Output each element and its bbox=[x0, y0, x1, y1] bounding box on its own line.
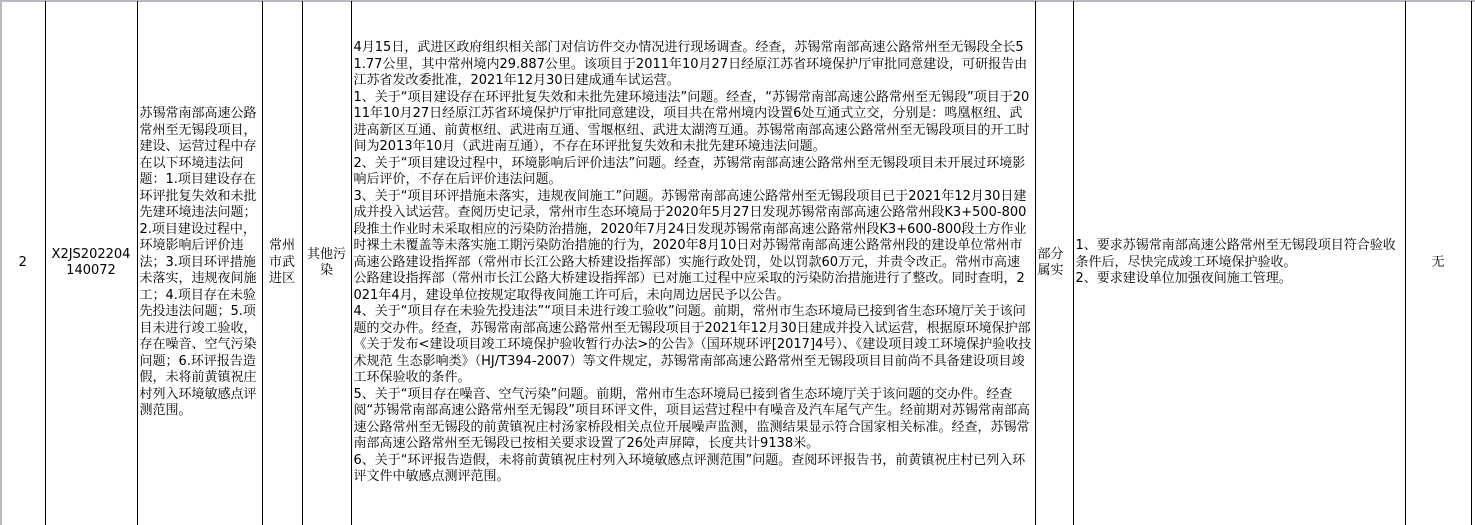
investigation-item-2: 2、关于“项目建设过程中，环境影响后评价违法”问题。经查，苏锡常南部高速公路常州… bbox=[354, 156, 1033, 189]
district-cell[interactable]: 常州市武进区 bbox=[262, 1, 302, 525]
row-index-cell[interactable]: 2 bbox=[1, 1, 45, 525]
case-id-cell[interactable]: X2JS202204140072 bbox=[45, 1, 137, 525]
complaint-table: 2 X2JS202204140072 苏锡常南部高速公路常州至无锡段项目，建设、… bbox=[1, 1, 1472, 525]
case-id: X2JS202204140072 bbox=[52, 247, 131, 279]
accountability-cell[interactable]: 无 bbox=[1405, 1, 1471, 525]
investigation-item-6: 6、关于“环评报告造假，未将前黄镇祝庄村列入环境敏感点评测范围”问题。查阅环评报… bbox=[354, 453, 1033, 486]
pollution-type: 其他污染 bbox=[307, 247, 346, 279]
pollution-type-cell[interactable]: 其他污染 bbox=[302, 1, 351, 525]
table-row: 2 X2JS202204140072 苏锡常南部高速公路常州至无锡段项目，建设、… bbox=[1, 1, 1471, 525]
handling-item-2: 2、要求建设单位加强夜间施工管理。 bbox=[1076, 271, 1403, 288]
verdict-cell[interactable]: 部分属实 bbox=[1035, 1, 1073, 525]
investigation-item-5: 5、关于“项目存在噪音、空气污染”问题。前期，常州市生态环境局已接到省生态环境厅… bbox=[354, 387, 1033, 453]
investigation-item-4: 4、关于“项目存在未验先投违法”“项目未进行竣工验收”问题。前期，常州市生态环境… bbox=[354, 304, 1033, 387]
row-index: 2 bbox=[19, 255, 27, 270]
investigation-intro: 4月15日，武进区政府组织相关部门对信访件交办情况进行现场调查。经查，苏锡常南部… bbox=[354, 40, 1033, 90]
accountability: 无 bbox=[1431, 255, 1444, 270]
handling-cell[interactable]: 1、要求苏锡常南部高速公路常州至无锡段项目符合验收条件后，尽快完成竣工环境保护验… bbox=[1073, 1, 1405, 525]
verdict: 部分属实 bbox=[1038, 247, 1064, 279]
complaint-summary-cell[interactable]: 苏锡常南部高速公路常州至无锡段项目，建设、运营过程中存在以下环境违法问题：1.项… bbox=[137, 1, 262, 525]
investigation-cell[interactable]: 4月15日，武进区政府组织相关部门对信访件交办情况进行现场调查。经查，苏锡常南部… bbox=[351, 1, 1035, 525]
investigation-item-1: 1、关于“项目建设存在环评批复失效和未批先建环境违法”问题。经查，“苏锡常南部高… bbox=[354, 90, 1033, 156]
investigation-item-3: 3、关于“项目环评措施未落实，违规夜间施工”问题。苏锡常南部高速公路常州至无锡段… bbox=[354, 189, 1033, 305]
complaint-summary: 苏锡常南部高速公路常州至无锡段项目，建设、运营过程中存在以下环境违法问题：1.项… bbox=[140, 106, 257, 418]
district: 常州市武进区 bbox=[269, 238, 295, 286]
handling-item-1: 1、要求苏锡常南部高速公路常州至无锡段项目符合验收条件后，尽快完成竣工环境保护验… bbox=[1076, 238, 1403, 271]
